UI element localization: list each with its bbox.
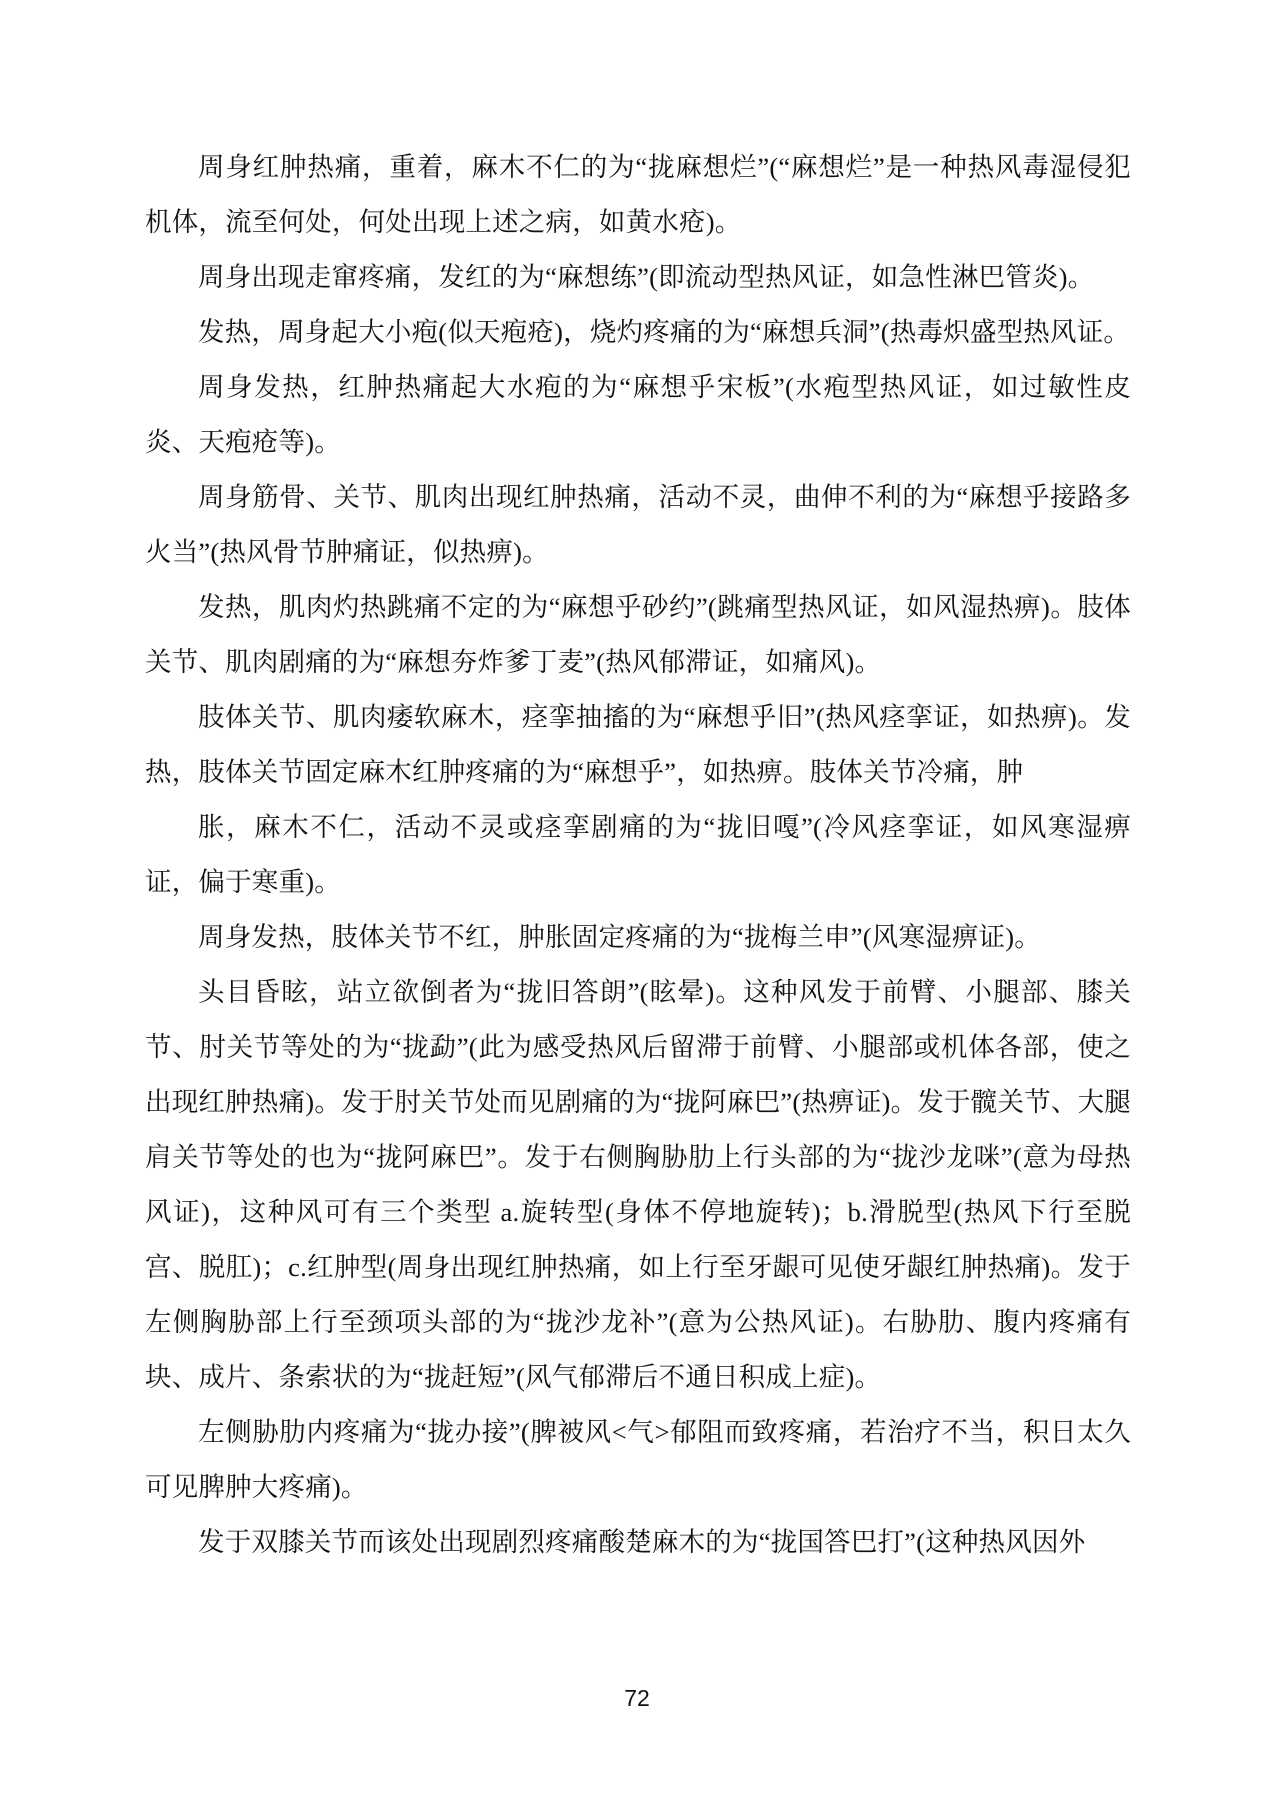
paragraph: 头目昏眩，站立欲倒者为“拢旧答朗”(眩晕)。这种风发于前臂、小腿部、膝关节、肘关… [145, 965, 1131, 1405]
paragraph: 左侧胁肋内疼痛为“拢办接”(脾被风<气>郁阻而致疼痛，若治疗不当，积日太久可见脾… [145, 1405, 1131, 1515]
paragraph: 发热，肌肉灼热跳痛不定的为“麻想乎砂约”(跳痛型热风证，如风湿热痹)。肢体关节、… [145, 580, 1131, 690]
paragraph: 发热，周身起大小疱(似天疱疮)，烧灼疼痛的为“麻想兵洞”(热毒炽盛型热风证。 [145, 305, 1131, 360]
paragraph: 周身红肿热痛，重着，麻木不仁的为“拢麻想烂”(“麻想烂”是一种热风毒湿侵犯机体，… [145, 140, 1131, 250]
paragraph: 周身出现走窜疼痛，发红的为“麻想练”(即流动型热风证，如急性淋巴管炎)。 [145, 250, 1131, 305]
paragraph: 周身发热，肢体关节不红，肿胀固定疼痛的为“拢梅兰申”(风寒湿痹证)。 [145, 910, 1131, 965]
document-body: 周身红肿热痛，重着，麻木不仁的为“拢麻想烂”(“麻想烂”是一种热风毒湿侵犯机体，… [145, 140, 1131, 1570]
paragraph: 发于双膝关节而该处出现剧烈疼痛酸楚麻木的为“拢国答巴打”(这种热风因外 [145, 1515, 1131, 1570]
document-page: 周身红肿热痛，重着，麻木不仁的为“拢麻想烂”(“麻想烂”是一种热风毒湿侵犯机体，… [0, 0, 1274, 1801]
paragraph: 肢体关节、肌肉痿软麻木，痉挛抽搐的为“麻想乎旧”(热风痉挛证，如热痹)。发热，肢… [145, 690, 1131, 800]
paragraph: 胀，麻木不仁，活动不灵或痉挛剧痛的为“拢旧嘎”(冷风痉挛证，如风寒湿痹证，偏于寒… [145, 800, 1131, 910]
paragraph: 周身筋骨、关节、肌肉出现红肿热痛，活动不灵，曲伸不利的为“麻想乎接路多火当”(热… [145, 470, 1131, 580]
page-number: 72 [0, 1685, 1274, 1712]
paragraph: 周身发热，红肿热痛起大水疱的为“麻想乎宋板”(水疱型热风证，如过敏性皮炎、天疱疮… [145, 360, 1131, 470]
